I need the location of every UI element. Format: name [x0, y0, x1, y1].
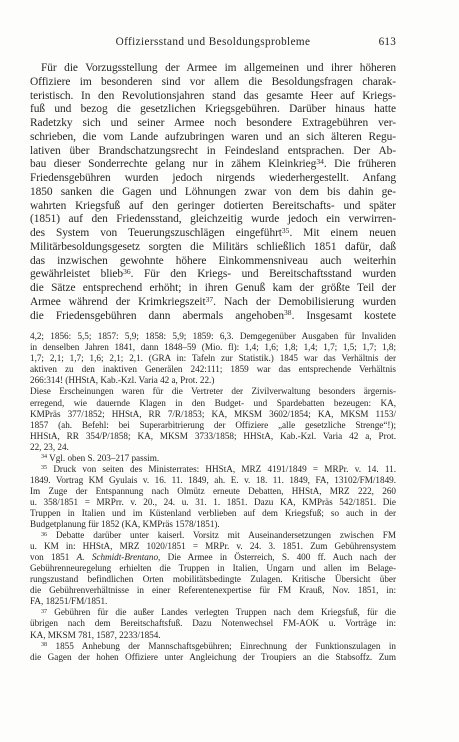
- footnote-marker: 37: [206, 295, 214, 304]
- text-line: u. 358/1851 = MRPrr. v. 20., 24. u. 31. …: [30, 497, 396, 508]
- text-line: 1,7; 2,1; 1,7; 1,6; 2,1; 2,1. (GRA in: T…: [30, 353, 396, 364]
- paragraph: 35 Druck von seiten des Ministerrates: H…: [30, 464, 396, 530]
- text-line: 22, 23, 24.: [30, 442, 396, 453]
- text-line: lativen über Brandschatzungsrecht in Fei…: [30, 145, 396, 159]
- text-line: FA, 18251/FM/1851.: [30, 596, 396, 607]
- text-line: in denselben Jahren 1841, dann 1848–59 (…: [30, 342, 396, 353]
- footnote-marker: 36: [123, 267, 131, 276]
- text-line: Gebührenneuregelung erhielten die Truppe…: [30, 563, 396, 574]
- text-line: die Gagen der hohen Offiziere unter Angl…: [30, 652, 396, 663]
- text-line: 4,2; 1856: 5,5; 1857: 5,9; 1858: 5,9; 18…: [30, 331, 396, 342]
- running-title: Offiziersstand und Besoldungsprobleme: [30, 36, 396, 48]
- text-line: 38 1855 Anhebung der Mannschaftsgebühren…: [30, 641, 396, 652]
- footnote-marker: 37: [41, 609, 47, 615]
- paragraph: 36 Debatte darüber unter kaiserl. Vorsit…: [30, 530, 396, 607]
- footnote-marker: 36: [41, 532, 47, 538]
- text-line: schrieben, die vom Lande aufzubringen wa…: [30, 131, 396, 145]
- text-line: erregend, wie dauernde Klagen in den Bud…: [30, 398, 396, 409]
- text-line: 36 Debatte darüber unter kaiserl. Vorsit…: [30, 530, 396, 541]
- paragraph: Diese Erscheinungen waren für die Vertre…: [30, 386, 396, 452]
- text-line: Radetzky sich und seiner Armee noch beso…: [30, 117, 396, 131]
- text-line: Diese Erscheinungen waren für die Vertre…: [30, 386, 396, 397]
- paragraph: 4,2; 1856: 5,5; 1857: 5,9; 1858: 5,9; 18…: [30, 331, 396, 386]
- paragraph: 38 1855 Anhebung der Mannschaftsgebühren…: [30, 641, 396, 663]
- footnote-marker: 35: [41, 465, 47, 471]
- text-line: Militärbesoldungsgesetz sorgten die Mili…: [30, 241, 396, 255]
- text-line: 1850 sanken die Gagen und Löhnungen zwar…: [30, 186, 396, 200]
- text-line: 37 Gebühren für die außer Landes verlegt…: [30, 607, 396, 618]
- footnote-marker: 38: [284, 308, 292, 317]
- text-line: Armee während der Krimkriegszeit37. Nach…: [30, 296, 396, 310]
- text-line: 1857 (ah. Befehl: bei Superarbitrierung …: [30, 420, 396, 431]
- text-line: die Sätze entsprechend erhöht; in ihren …: [30, 282, 396, 296]
- text-line: (1851) auf den Friedensstand, gleichzeit…: [30, 213, 396, 227]
- text-line: des System von Teuerungszuschlägen einge…: [30, 227, 396, 241]
- text-line: bau dieser Sonderrechte gelang nur in zä…: [30, 158, 396, 172]
- text-line: die Gebührenverhältnisse in einer Refere…: [30, 585, 396, 596]
- text-line: 1849. Vortrag KM Gyulais v. 16. 11. 1849…: [30, 475, 396, 486]
- text-line: fuß und bezog die gesetzlichen Kriegsgeb…: [30, 103, 396, 117]
- text-line: Für die Vorzugsstellung der Armee im all…: [30, 62, 396, 76]
- page-number: 613: [379, 36, 396, 48]
- text-line: KA, MKSM 781, 1587, 2233/1854.: [30, 630, 396, 641]
- text-line: KMPräs 377/1852; HHStA, RR 7/R/1853; KA,…: [30, 409, 396, 420]
- text-line: Im Zuge der Entspannung nach Olmütz erne…: [30, 486, 396, 497]
- running-head: Offiziersstand und Besoldungsprobleme 61…: [30, 36, 396, 50]
- text-line: Truppen in Italien und im Küstenland ver…: [30, 508, 396, 519]
- text-line: teristisch. In den Revolutionsjahren sta…: [30, 90, 396, 104]
- italic-text: A. Schmidt-Brentano,: [77, 552, 161, 562]
- paragraph: 37 Gebühren für die außer Landes verlegt…: [30, 607, 396, 640]
- footnote-marker: 34: [316, 157, 324, 166]
- text-block: Offiziersstand und Besoldungsprobleme 61…: [30, 36, 396, 663]
- text-line: übrigen nach dem Bereitschaftsfuß. Dazu …: [30, 618, 396, 629]
- text-line: HHStA, RR 354/P/1858; KA, MKSM 3733/1858…: [30, 431, 396, 442]
- text-line: Budgetplanung für 1852 (KA, KMPräs 1578/…: [30, 519, 396, 530]
- text-line: Friedensgebühren wurden jedoch nirgends …: [30, 172, 396, 186]
- footnote-marker: 38: [41, 642, 47, 648]
- text-line: wahrten Kriegsfuß auf den geringer dotie…: [30, 200, 396, 214]
- footnote-marker: 34: [41, 454, 47, 460]
- text-line: das inzwischen gewohnte höhere Einkommen…: [30, 255, 396, 269]
- text-line: aktiven zu den inaktiven Generälen 242:1…: [30, 364, 396, 375]
- text-line: von 1851 A. Schmidt-Brentano, Die Armee …: [30, 552, 396, 563]
- text-line: Offiziere im besonderen sind vor allem d…: [30, 76, 396, 90]
- text-line: die Friedensgebühren dann abermals angeh…: [30, 310, 396, 324]
- book-page: Offiziersstand und Besoldungsprobleme 61…: [0, 0, 459, 742]
- footnotes: 4,2; 1856: 5,5; 1857: 5,9; 1858: 5,9; 18…: [30, 331, 396, 662]
- main-text: Für die Vorzugsstellung der Armee im all…: [30, 62, 396, 323]
- footnote-marker: 35: [282, 226, 290, 235]
- text-line: 34 Vgl. oben S. 203–217 passim.: [30, 453, 396, 464]
- text-line: u. KM in: HHStA, MRZ 1020/1851 = MRPr. v…: [30, 541, 396, 552]
- text-line: 266:314! (HHStA, Kab.-Kzl. Varia 42 a, P…: [30, 375, 396, 386]
- paragraph: 34 Vgl. oben S. 203–217 passim.: [30, 453, 396, 464]
- text-line: 35 Druck von seiten des Ministerrates: H…: [30, 464, 396, 475]
- text-line: rungszustand befindlichen Orten mobilitä…: [30, 574, 396, 585]
- paragraph: Für die Vorzugsstellung der Armee im all…: [30, 62, 396, 323]
- text-line: gewährleistet blieb36. Für den Kriegs- u…: [30, 268, 396, 282]
